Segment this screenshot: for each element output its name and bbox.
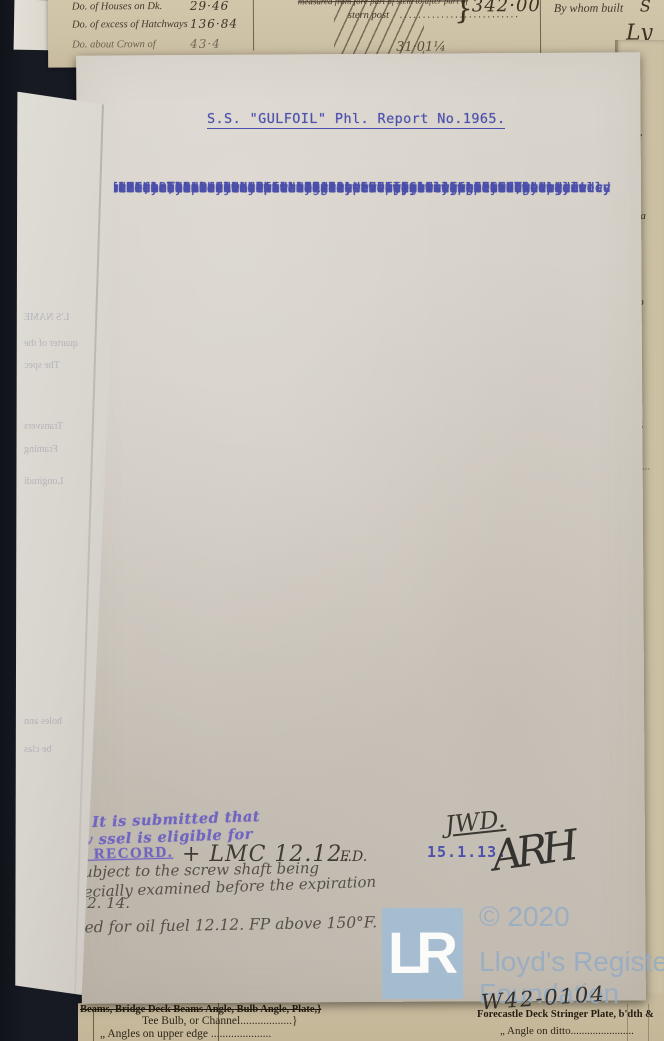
bleedthrough-fragment: Transvers — [24, 421, 63, 432]
form-column-rule — [218, 1000, 219, 1041]
stern-header-text: measured from fore part of stem to after… — [298, 0, 468, 6]
form-line-angles: „ Angles on upper edge .................… — [100, 1028, 271, 1040]
form-line-tee-bulb: Tee Bulb, or Channel..................} — [142, 1015, 297, 1027]
form-column-rule — [648, 1004, 649, 1041]
report-title: S.S. "GULFOIL" Phl. Report No.1965. — [207, 111, 505, 129]
watermark-line1: Lloyd's Register — [479, 946, 664, 978]
ledger-row-value: 43·4 — [190, 37, 221, 51]
bleedthrough-fragment: holes ann — [24, 716, 62, 727]
brace: } — [454, 0, 473, 26]
form-line-beams: Beams, Bridge Deck Beams Angle, Bulb Ang… — [80, 1004, 321, 1015]
by-whom-built-label: By whom built — [554, 1, 623, 16]
bleedthrough-fragment: The spec — [24, 360, 60, 371]
folded-sheet-bleedthrough: L'S NAMEquarter of theThe specTransversF… — [10, 92, 114, 1004]
fd-annotation: F.D. — [340, 849, 367, 865]
ledger-row-value: 136·84 — [190, 17, 238, 31]
ledger-row-label: Do. of excess of Hatchways — [72, 19, 188, 31]
ledger-row-value: 29·46 — [190, 0, 229, 13]
form-column-rule — [93, 1008, 94, 1041]
bleedthrough-fragment: L'S NAME — [24, 312, 69, 323]
bleedthrough-fragment: Framing — [24, 444, 58, 455]
bleedthrough-fragment: quarter of the — [24, 338, 78, 349]
form-column-rule — [627, 1004, 628, 1041]
bleedthrough-fragment: be clas — [24, 744, 52, 755]
lr-logo: LR — [382, 908, 463, 999]
watermark-copyright: © 2020 — [479, 901, 570, 933]
form-line-angle-ditto: „ Angle on ditto....................... — [500, 1025, 634, 1037]
ledger-row-label: Do. about Crown of — [72, 39, 156, 50]
stern-post-label: stern post — [348, 10, 389, 21]
ledger-column-rule — [540, 0, 541, 55]
lr-logo-text: LR — [388, 920, 451, 987]
ledger-row-label: Do. of Houses on Dk. — [72, 1, 162, 12]
builder-handwriting: S — [640, 0, 651, 16]
stern-post-value: 342·00 — [472, 0, 541, 16]
bleedthrough-fragment: Longitudi — [24, 476, 63, 487]
report-line: to fit the liners in one length. — [86, 176, 344, 201]
secondary-value: 31·01¼ — [396, 40, 446, 55]
ledger-column-rule — [253, 0, 254, 51]
document-photo: Do. of Houses on Dk. 29·46 Do. of excess… — [0, 0, 664, 1041]
